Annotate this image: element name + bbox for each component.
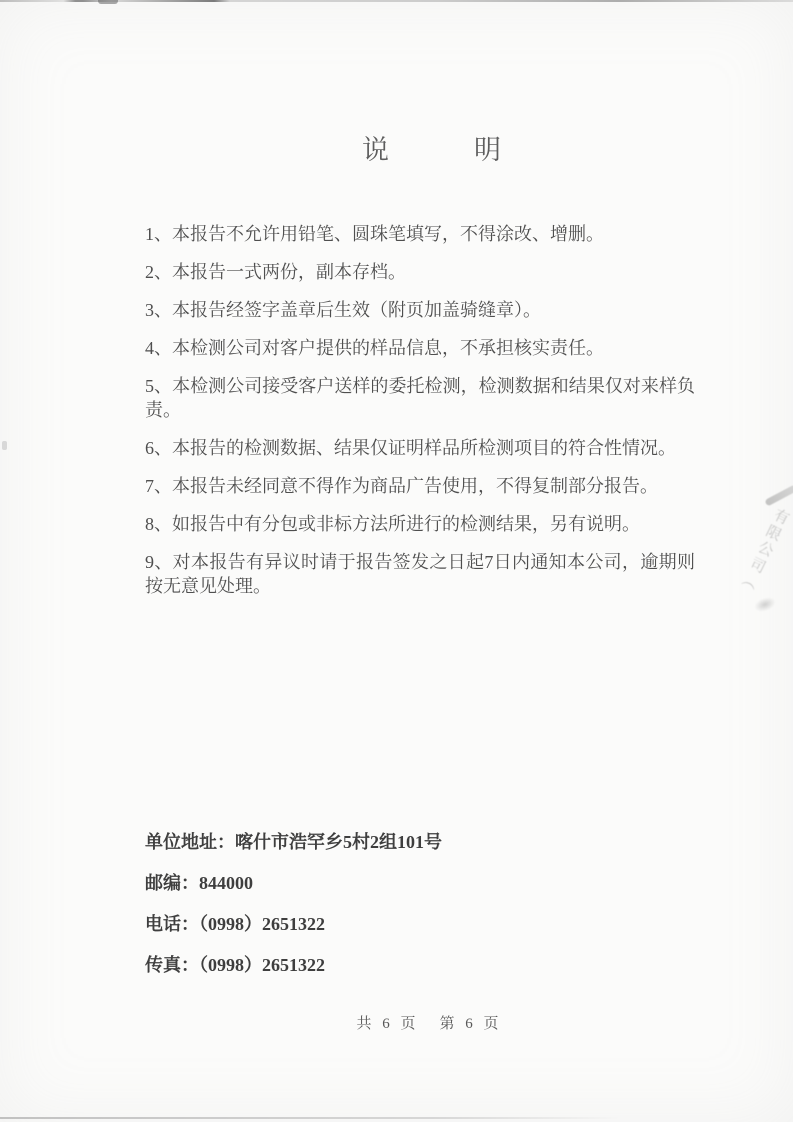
note-item-5: 5、本检测公司接受客户送样的委托检测，检测数据和结果仅对来样负责。 <box>145 374 695 422</box>
contact-row-phone: 电话：（0998）2651322 <box>145 912 645 936</box>
contact-postcode-label: 邮编： <box>145 873 199 893</box>
seam-seal-stamp-fragment: 有限公司（ <box>736 486 793 621</box>
contact-phone-label: 电话： <box>145 914 199 934</box>
scan-artifact-top-edge <box>0 0 793 2</box>
page-title: 说 明 <box>362 128 502 167</box>
note-item-8: 8、如报告中有分包或非标方法所进行的检测结果，另有说明。 <box>145 512 695 536</box>
note-item-3: 3、本报告经签字盖章后生效（附页加盖骑缝章）。 <box>145 298 695 322</box>
scan-artifact-smudge <box>2 441 7 450</box>
notes-list: 1、本报告不允许用铅笔、圆珠笔填写，不得涂改、增删。 2、本报告一式两份，副本存… <box>145 222 695 612</box>
seal-stroke-fragment <box>764 484 793 506</box>
note-item-7: 7、本报告未经同意不得作为商品广告使用，不得复制部分报告。 <box>145 474 695 498</box>
scan-artifact-top-notch <box>98 0 118 4</box>
seal-smudge <box>752 595 777 615</box>
contact-address-value: 喀什市浩罕乡5村2组101号 <box>235 832 442 852</box>
contact-phone-value: （0998）2651322 <box>199 914 325 934</box>
note-item-4: 4、本检测公司对客户提供的样品信息，不承担核实责任。 <box>145 336 695 360</box>
page-footer: 共 6 页 第 6 页 <box>32 1012 793 1033</box>
total-pages-label: 共 6 页 <box>356 1012 417 1033</box>
current-page-label: 第 6 页 <box>440 1012 501 1033</box>
note-item-9: 9、对本报告有异议时请于报告签发之日起7日内通知本公司，逾期则按无意见处理。 <box>145 550 695 598</box>
note-item-1: 1、本报告不允许用铅笔、圆珠笔填写，不得涂改、增删。 <box>145 222 695 246</box>
note-item-6: 6、本报告的检测数据、结果仅证明样品所检测项目的符合性情况。 <box>145 436 695 460</box>
scan-artifact-bottom-edge <box>0 1117 620 1119</box>
contact-row-postcode: 邮编：844000 <box>145 871 645 895</box>
report-notes-page: 说 明 1、本报告不允许用铅笔、圆珠笔填写，不得涂改、增删。 2、本报告一式两份… <box>0 0 793 1122</box>
contact-info: 单位地址：喀什市浩罕乡5村2组101号 邮编：844000 电话：（0998）2… <box>145 830 645 994</box>
note-item-2: 2、本报告一式两份，副本存档。 <box>145 260 695 284</box>
contact-fax-label: 传真： <box>145 955 199 975</box>
contact-row-fax: 传真：（0998）2651322 <box>145 953 645 977</box>
contact-row-address: 单位地址：喀什市浩罕乡5村2组101号 <box>145 830 645 854</box>
seal-text: 有限公司（ <box>731 504 793 603</box>
contact-postcode-value: 844000 <box>199 873 253 893</box>
contact-address-label: 单位地址： <box>145 832 235 852</box>
contact-fax-value: （0998）2651322 <box>199 955 325 975</box>
